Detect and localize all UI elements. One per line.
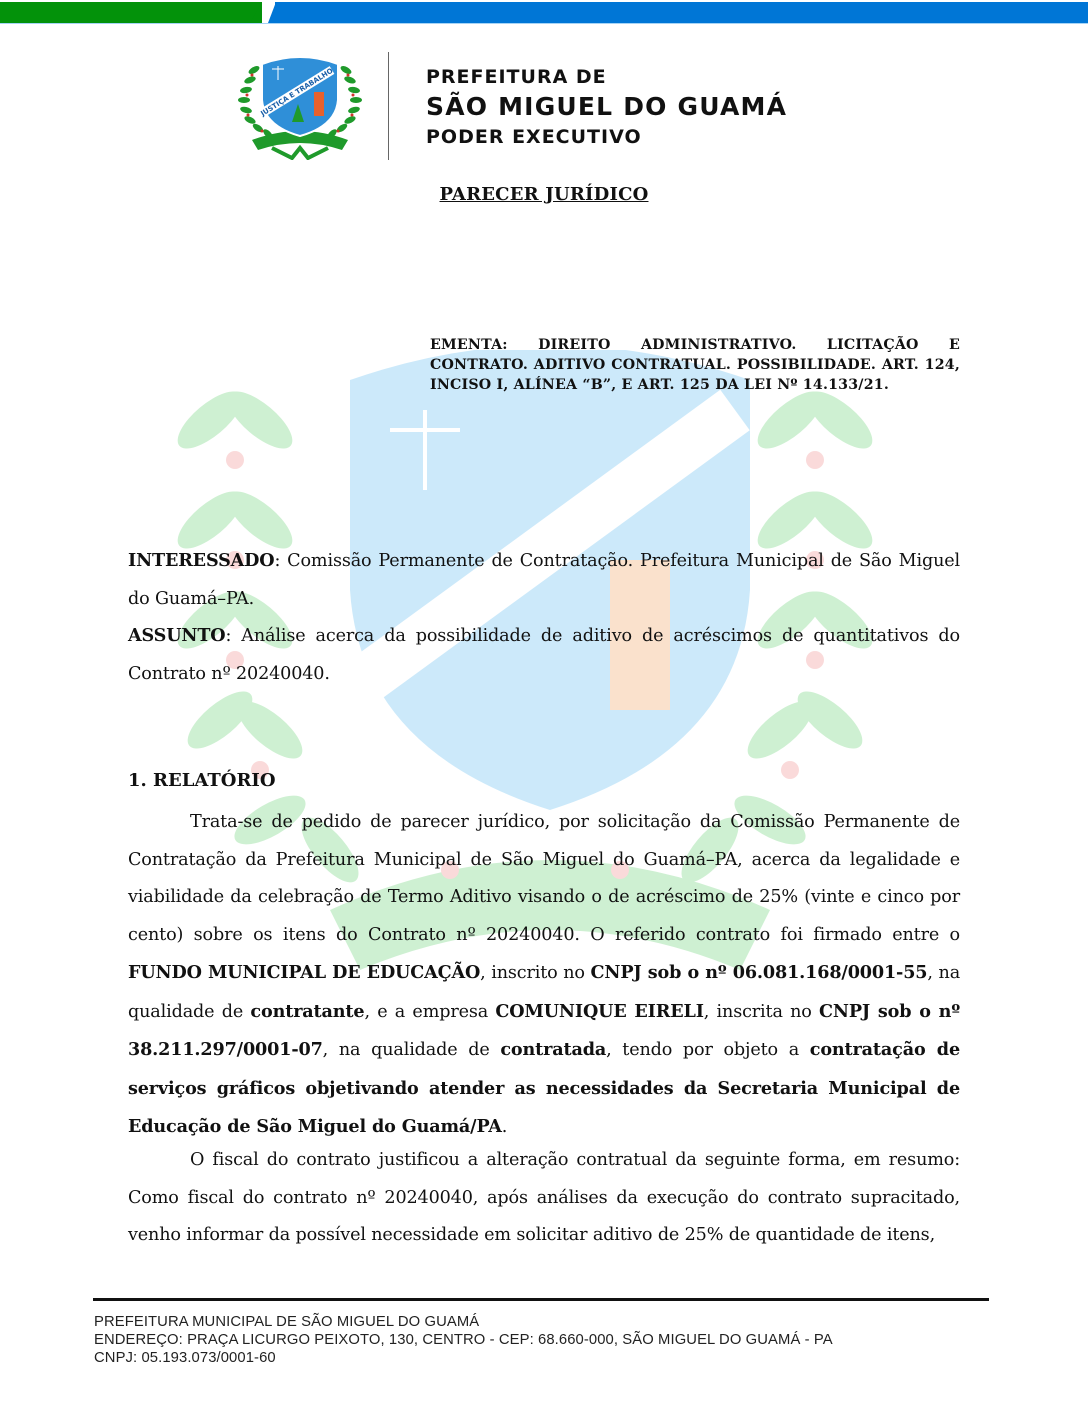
interessado-block: INTERESSADO: Comissão Permanente de Cont… <box>128 542 960 618</box>
letterhead-municipality: SÃO MIGUEL DO GUAMÁ <box>426 90 787 124</box>
footer-address: ENDEREÇO: PRAÇA LICURGO PEIXOTO, 130, CE… <box>94 1331 833 1349</box>
top-bar-blue <box>275 2 1088 23</box>
interessado-label: INTERESSADO <box>128 550 274 571</box>
top-bar-green <box>0 2 262 23</box>
footer-line-1: PREFEITURA MUNICIPAL DE SÃO MIGUEL DO GU… <box>94 1313 833 1331</box>
relatorio-paragraph-2: O fiscal do contrato justificou a altera… <box>128 1142 960 1255</box>
top-color-bar <box>0 0 1088 24</box>
footer-cnpj: CNPJ: 05.193.073/0001-60 <box>94 1349 833 1367</box>
assunto-text: : Análise acerca da possibilidade de adi… <box>128 626 960 684</box>
letterhead-text: PREFEITURA DE SÃO MIGUEL DO GUAMÁ PODER … <box>426 64 787 150</box>
document-title: PARECER JURÍDICO <box>0 184 1088 205</box>
header-divider <box>388 52 389 160</box>
municipal-crest-icon: JUSTIÇA E TRABALHO <box>232 52 368 160</box>
section-heading-relatorio: 1. RELATÓRIO <box>128 770 276 791</box>
assunto-label: ASSUNTO <box>128 625 225 646</box>
ementa: EMENTA: DIREITO ADMINISTRATIVO. LICITAÇÃ… <box>430 335 960 395</box>
contratante-name: FUNDO MUNICIPAL DE EDUCAÇÃO <box>128 962 480 983</box>
footer-divider <box>93 1298 989 1301</box>
letterhead-line3: PODER EXECUTIVO <box>426 124 787 150</box>
contratante-cnpj: CNPJ sob o nº 06.081.168/0001-55 <box>591 962 928 983</box>
relatorio-paragraph-1: Trata-se de pedido de parecer jurídico, … <box>128 804 960 1147</box>
contratada-name: COMUNIQUE EIRELI <box>495 1001 703 1022</box>
footer: PREFEITURA MUNICIPAL DE SÃO MIGUEL DO GU… <box>94 1313 833 1367</box>
letterhead-line1: PREFEITURA DE <box>426 64 787 90</box>
assunto-block: ASSUNTO: Análise acerca da possibilidade… <box>128 617 960 693</box>
